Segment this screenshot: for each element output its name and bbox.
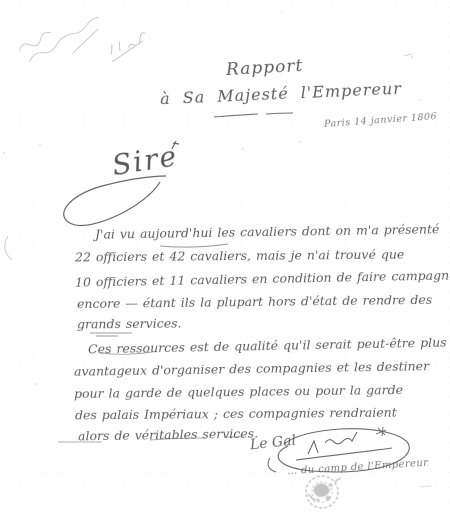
filing-scribble-icon	[106, 32, 150, 62]
body-paragraph2-line: alors de véritables services.	[78, 426, 258, 444]
header-underline	[214, 113, 293, 117]
underline-cavaliers	[160, 244, 228, 247]
report-title-line1: Rapport	[226, 56, 304, 80]
underline-services	[90, 333, 132, 336]
body-paragraph1-line: grands services.	[77, 316, 182, 332]
stamp-icon	[306, 476, 341, 508]
body-paragraph1-line: 22 officiers et 42 cavaliers, mais je n'…	[75, 247, 404, 265]
body-paragraph2-line: des palais Impériaux ; ces compagnies re…	[75, 405, 397, 423]
margin-scribble-icon	[17, 8, 108, 74]
scanned-letter-page: Rapport à Sa Majesté l'Empereur Paris 14…	[0, 0, 450, 516]
bleedthrough-mark	[5, 236, 12, 260]
